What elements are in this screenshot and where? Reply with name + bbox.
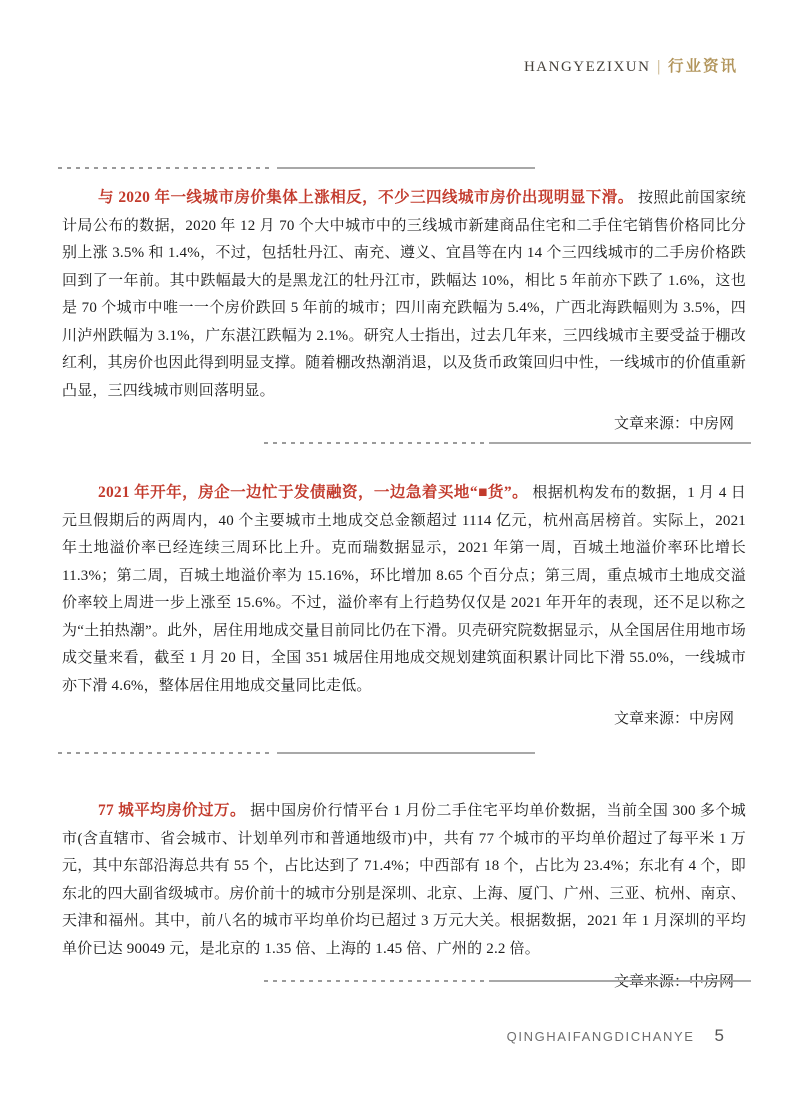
section-divider-after-article-2 [58, 751, 535, 754]
article-3: 77 城平均房价过万。 据中国房价行情平台 1 月份二手住宅平均单价数据，当前全… [62, 797, 746, 991]
header-section-title: 行业资讯 [668, 54, 738, 76]
article-1-source: 文章来源：中房网 [62, 412, 734, 433]
section-divider-after-article-1 [264, 441, 751, 444]
article-2-paragraph: 2021 年开年，房企一边忙于发债融资，一边急着买地“■货”。 根据机构发布的数… [62, 479, 746, 700]
footer-journal-name: QINGHAIFANGDICHANYE [507, 1029, 695, 1044]
article-1-lead: 与 2020 年一线城市房价集体上涨相反，不少三四线城市房价出现明显下滑。 [98, 189, 634, 206]
article-2-lead: 2021 年开年，房企一边忙于发债融资，一边急着买地“■货”。 [98, 484, 528, 501]
section-divider-top [58, 166, 535, 169]
article-1: 与 2020 年一线城市房价集体上涨相反，不少三四线城市房价出现明显下滑。 按照… [62, 184, 746, 433]
article-2-body: 根据机构发布的数据，1 月 4 日元旦假期后的两周内，40 个主要城市土地成交总… [62, 485, 746, 694]
page-number: 5 [715, 1026, 724, 1046]
divider-dashed-segment [264, 980, 484, 982]
article-1-paragraph: 与 2020 年一线城市房价集体上涨相反，不少三四线城市房价出现明显下滑。 按照… [62, 184, 746, 405]
header-journal-name: HANGYEZIXUN [524, 59, 650, 76]
article-2-source: 文章来源：中房网 [62, 707, 734, 728]
article-3-lead: 77 城平均房价过万。 [98, 802, 246, 819]
article-3-body: 据中国房价行情平台 1 月份二手住宅平均单价数据，当前全国 300 多个城市(含… [62, 803, 746, 957]
divider-solid-segment [277, 752, 535, 754]
magazine-page: HANGYEZIXUN | 行业资讯 与 2020 年一线城市房价集体上涨相反，… [0, 0, 806, 1100]
article-3-paragraph: 77 城平均房价过万。 据中国房价行情平台 1 月份二手住宅平均单价数据，当前全… [62, 797, 746, 963]
header-separator: | [658, 58, 660, 76]
divider-dashed-segment [58, 752, 272, 754]
section-divider-bottom [264, 979, 751, 982]
page-header: HANGYEZIXUN | 行业资讯 [524, 54, 738, 76]
divider-dashed-segment [264, 442, 484, 444]
article-2: 2021 年开年，房企一边忙于发债融资，一边急着买地“■货”。 根据机构发布的数… [62, 479, 746, 728]
article-1-body: 按照此前国家统计局公布的数据，2020 年 12 月 70 个大中城市中的三线城… [62, 190, 746, 399]
page-footer: QINGHAIFANGDICHANYE 5 [507, 1026, 724, 1046]
divider-solid-segment [489, 980, 751, 982]
divider-solid-segment [277, 167, 535, 169]
divider-solid-segment [489, 442, 751, 444]
divider-dashed-segment [58, 167, 272, 169]
